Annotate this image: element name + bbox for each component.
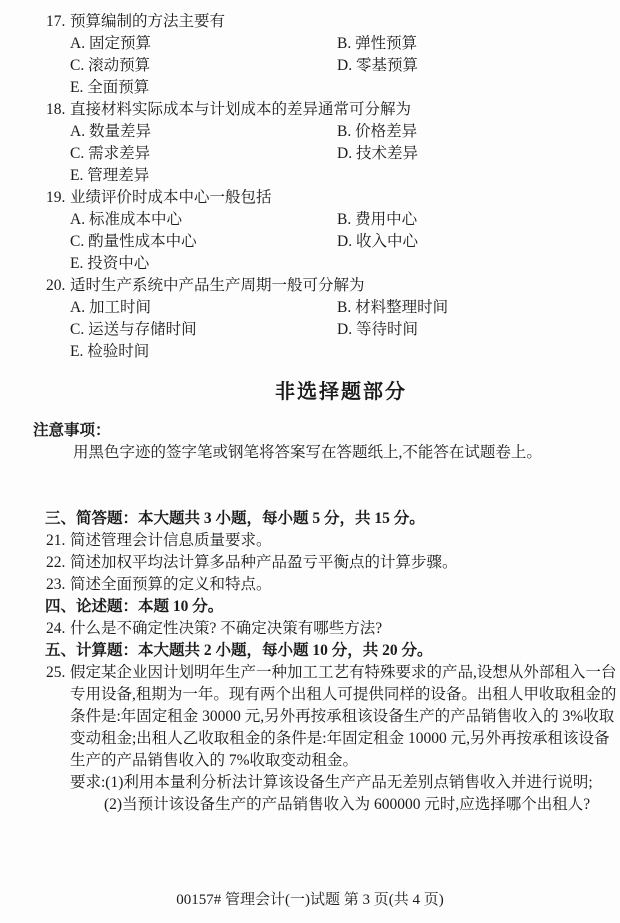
question-text: 简述管理会计信息质量要求。: [70, 530, 620, 552]
option-d: D. 等待时间: [337, 319, 620, 341]
option-row: E. 投资中心: [70, 253, 620, 275]
question-number: 24.: [46, 618, 70, 640]
question-20: 20. 适时生产系统中产品生产周期一般可分解为 A. 加工时间 B. 材料整理时…: [0, 275, 620, 363]
question-head: 25. 假定某企业因计划明年生产一种加工工艺有特殊要求的产品,设想从外部租入一台: [0, 662, 620, 684]
question-text: 简述全面预算的定义和特点。: [70, 574, 620, 596]
question-head: 17. 预算编制的方法主要有: [0, 11, 620, 33]
question-head: 19. 业绩评价时成本中心一般包括: [0, 187, 620, 209]
question-number: 22.: [46, 552, 70, 574]
option-c: C. 酌量性成本中心: [70, 231, 337, 253]
exam-paper-page: 17. 预算编制的方法主要有 A. 固定预算 B. 弹性预算 C. 滚动预算 D…: [0, 0, 620, 923]
question-17: 17. 预算编制的方法主要有 A. 固定预算 B. 弹性预算 C. 滚动预算 D…: [0, 11, 620, 99]
option-e: E. 全面预算: [70, 77, 337, 99]
section-three-heading: 三、简答题：本大题共 3 小题，每小题 5 分，共 15 分。: [45, 508, 620, 530]
option-row: E. 管理差异: [70, 165, 620, 187]
option-row: C. 滚动预算 D. 零基预算: [70, 55, 620, 77]
question-19: 19. 业绩评价时成本中心一般包括 A. 标准成本中心 B. 费用中心 C. 酌…: [0, 187, 620, 275]
option-row: E. 检验时间: [70, 341, 620, 363]
option-e: E. 管理差异: [70, 165, 337, 187]
question-stem: 业绩评价时成本中心一般包括: [70, 187, 620, 209]
non-mcq-section-heading: 非选择题部分: [0, 378, 620, 406]
option-c: C. 滚动预算: [70, 55, 337, 77]
question-text: 简述加权平均法计算多品种产品盈亏平衡点的计算步骤。: [70, 552, 620, 574]
question-head: 18. 直接材料实际成本与计划成本的差异通常可分解为: [0, 99, 620, 121]
option-b: B. 弹性预算: [337, 33, 620, 55]
option-a: A. 标准成本中心: [70, 209, 337, 231]
option-b: B. 材料整理时间: [337, 297, 620, 319]
question-text-line-5: 生产的产品销售收入的 7%收取变动租金。: [70, 750, 620, 772]
question-number: 25.: [46, 662, 70, 684]
option-d: D. 技术差异: [337, 143, 620, 165]
option-a: A. 数量差异: [70, 121, 337, 143]
option-row: A. 加工时间 B. 材料整理时间: [70, 297, 620, 319]
section-four-heading: 四、论述题：本题 10 分。: [45, 596, 620, 618]
option-d: D. 收入中心: [337, 231, 620, 253]
question-requirement-2: (2)当预计该设备生产的产品销售收入为 600000 元时,应选择哪个出租人?: [104, 794, 620, 816]
option-row: C. 酌量性成本中心 D. 收入中心: [70, 231, 620, 253]
question-25: 25. 假定某企业因计划明年生产一种加工工艺有特殊要求的产品,设想从外部租入一台…: [0, 662, 620, 816]
question-text-line-3: 条件是:年固定租金 30000 元,另外再按承租该设备生产的产品销售收入的 3%…: [70, 706, 620, 728]
option-row: E. 全面预算: [70, 77, 620, 99]
question-text-line-4: 变动租金;出租人乙收取租金的条件是:年固定租金 10000 元,另外再按承租该设…: [70, 728, 620, 750]
option-row: A. 数量差异 B. 价格差异: [70, 121, 620, 143]
question-number: 17.: [46, 11, 70, 33]
notes-body: 用黑色字迹的签字笔或钢笔将答案写在答题纸上,不能答在试题卷上。: [73, 442, 620, 464]
page-footer: 00157# 管理会计(一)试题 第 3 页(共 4 页): [0, 889, 620, 911]
option-c: C. 需求差异: [70, 143, 337, 165]
option-a: A. 固定预算: [70, 33, 337, 55]
question-stem: 预算编制的方法主要有: [70, 11, 620, 33]
option-row: A. 标准成本中心 B. 费用中心: [70, 209, 620, 231]
question-stem: 直接材料实际成本与计划成本的差异通常可分解为: [70, 99, 620, 121]
question-text-line-2: 专用设备,租期为一年。现有两个出租人可提供同样的设备。出租人甲收取租金的: [70, 684, 620, 706]
question-text: 什么是不确定性决策? 不确定决策有哪些方法?: [70, 618, 620, 640]
option-e: E. 投资中心: [70, 253, 337, 275]
question-22: 22. 简述加权平均法计算多品种产品盈亏平衡点的计算步骤。: [0, 552, 620, 574]
question-number: 23.: [46, 574, 70, 596]
question-18: 18. 直接材料实际成本与计划成本的差异通常可分解为 A. 数量差异 B. 价格…: [0, 99, 620, 187]
question-number: 18.: [46, 99, 70, 121]
option-c: C. 运送与存储时间: [70, 319, 337, 341]
question-text-line-1: 假定某企业因计划明年生产一种加工工艺有特殊要求的产品,设想从外部租入一台: [70, 662, 620, 684]
question-requirement-1: 要求:(1)利用本量利分析法计算该设备生产产品无差别点销售收入并进行说明;: [70, 772, 620, 794]
question-24: 24. 什么是不确定性决策? 不确定决策有哪些方法?: [0, 618, 620, 640]
option-row: C. 运送与存储时间 D. 等待时间: [70, 319, 620, 341]
option-a: A. 加工时间: [70, 297, 337, 319]
option-d: D. 零基预算: [337, 55, 620, 77]
option-b: B. 费用中心: [337, 209, 620, 231]
question-head: 20. 适时生产系统中产品生产周期一般可分解为: [0, 275, 620, 297]
section-five-heading: 五、计算题：本大题共 2 小题，每小题 10 分，共 20 分。: [45, 640, 620, 662]
question-number: 21.: [46, 530, 70, 552]
option-row: C. 需求差异 D. 技术差异: [70, 143, 620, 165]
option-b: B. 价格差异: [337, 121, 620, 143]
question-number: 20.: [46, 275, 70, 297]
mcq-section: 17. 预算编制的方法主要有 A. 固定预算 B. 弹性预算 C. 滚动预算 D…: [0, 0, 620, 363]
question-number: 19.: [46, 187, 70, 209]
option-row: A. 固定预算 B. 弹性预算: [70, 33, 620, 55]
option-e: E. 检验时间: [70, 341, 337, 363]
question-23: 23. 简述全面预算的定义和特点。: [0, 574, 620, 596]
question-21: 21. 简述管理会计信息质量要求。: [0, 530, 620, 552]
question-stem: 适时生产系统中产品生产周期一般可分解为: [70, 275, 620, 297]
notes-title: 注意事项：: [33, 420, 620, 442]
